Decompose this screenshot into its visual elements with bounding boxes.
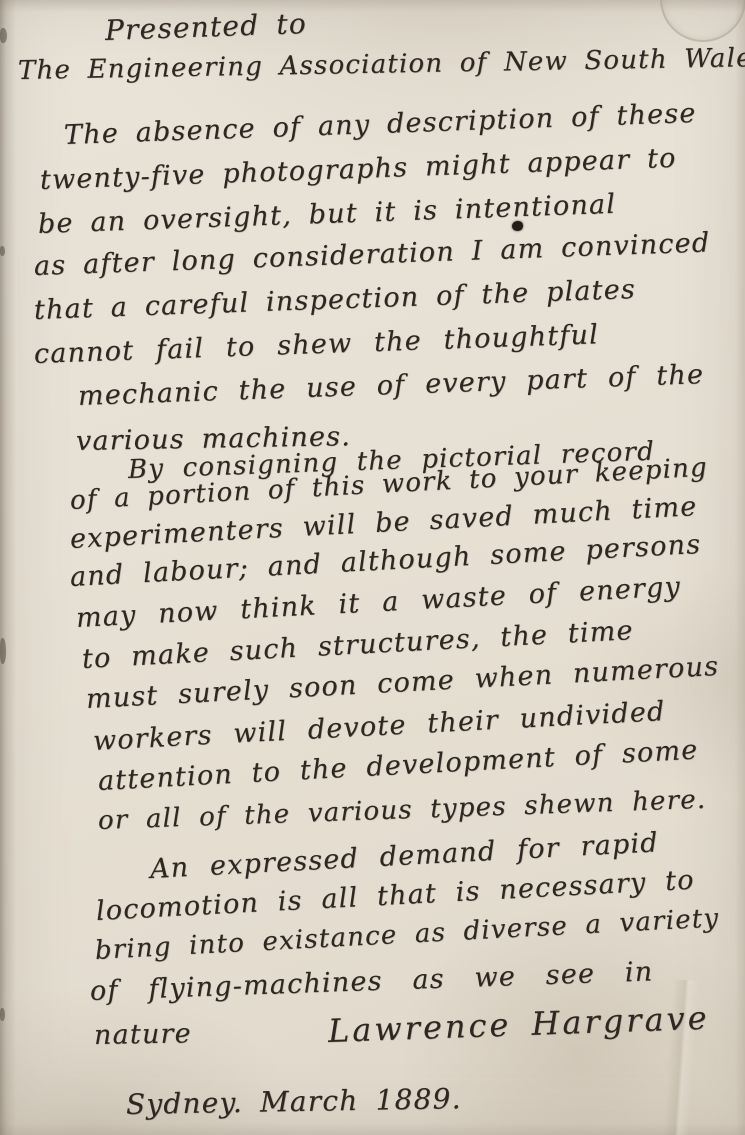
handwritten-line: that a careful inspection of the plates: [33, 274, 636, 326]
handwritten-line: The absence of any description of these: [63, 98, 697, 151]
handwritten-line: twenty-five photographs might appear to: [39, 143, 677, 196]
handwritten-line: The Engineering Association of New South…: [18, 43, 745, 86]
handwritten-line: be an oversight, but it is intentional: [37, 189, 616, 240]
paper-edge-speck: [0, 246, 5, 256]
handwritten-line: nature: [94, 1018, 192, 1051]
signature: Lawrence Hargrave: [327, 999, 710, 1050]
paper-edge-speck: [0, 28, 7, 43]
embossed-seal-mark: [660, 0, 745, 42]
handwritten-line: or all of the various types shewn here.: [97, 785, 706, 836]
handwritten-line: cannot fail to shew the thoughtful: [33, 319, 599, 370]
handwritten-line: of flying-machines as we see in: [89, 956, 653, 1007]
dateline: Sydney. March 1889.: [126, 1082, 462, 1121]
handwritten-line: Presented to: [104, 7, 307, 47]
handwritten-line: mechanic the use of every part of the: [77, 359, 704, 412]
letter-page: Presented to The Engineering Association…: [0, 0, 745, 1135]
paper-edge-speck: [0, 638, 6, 664]
paper-edge-speck: [0, 1008, 5, 1021]
